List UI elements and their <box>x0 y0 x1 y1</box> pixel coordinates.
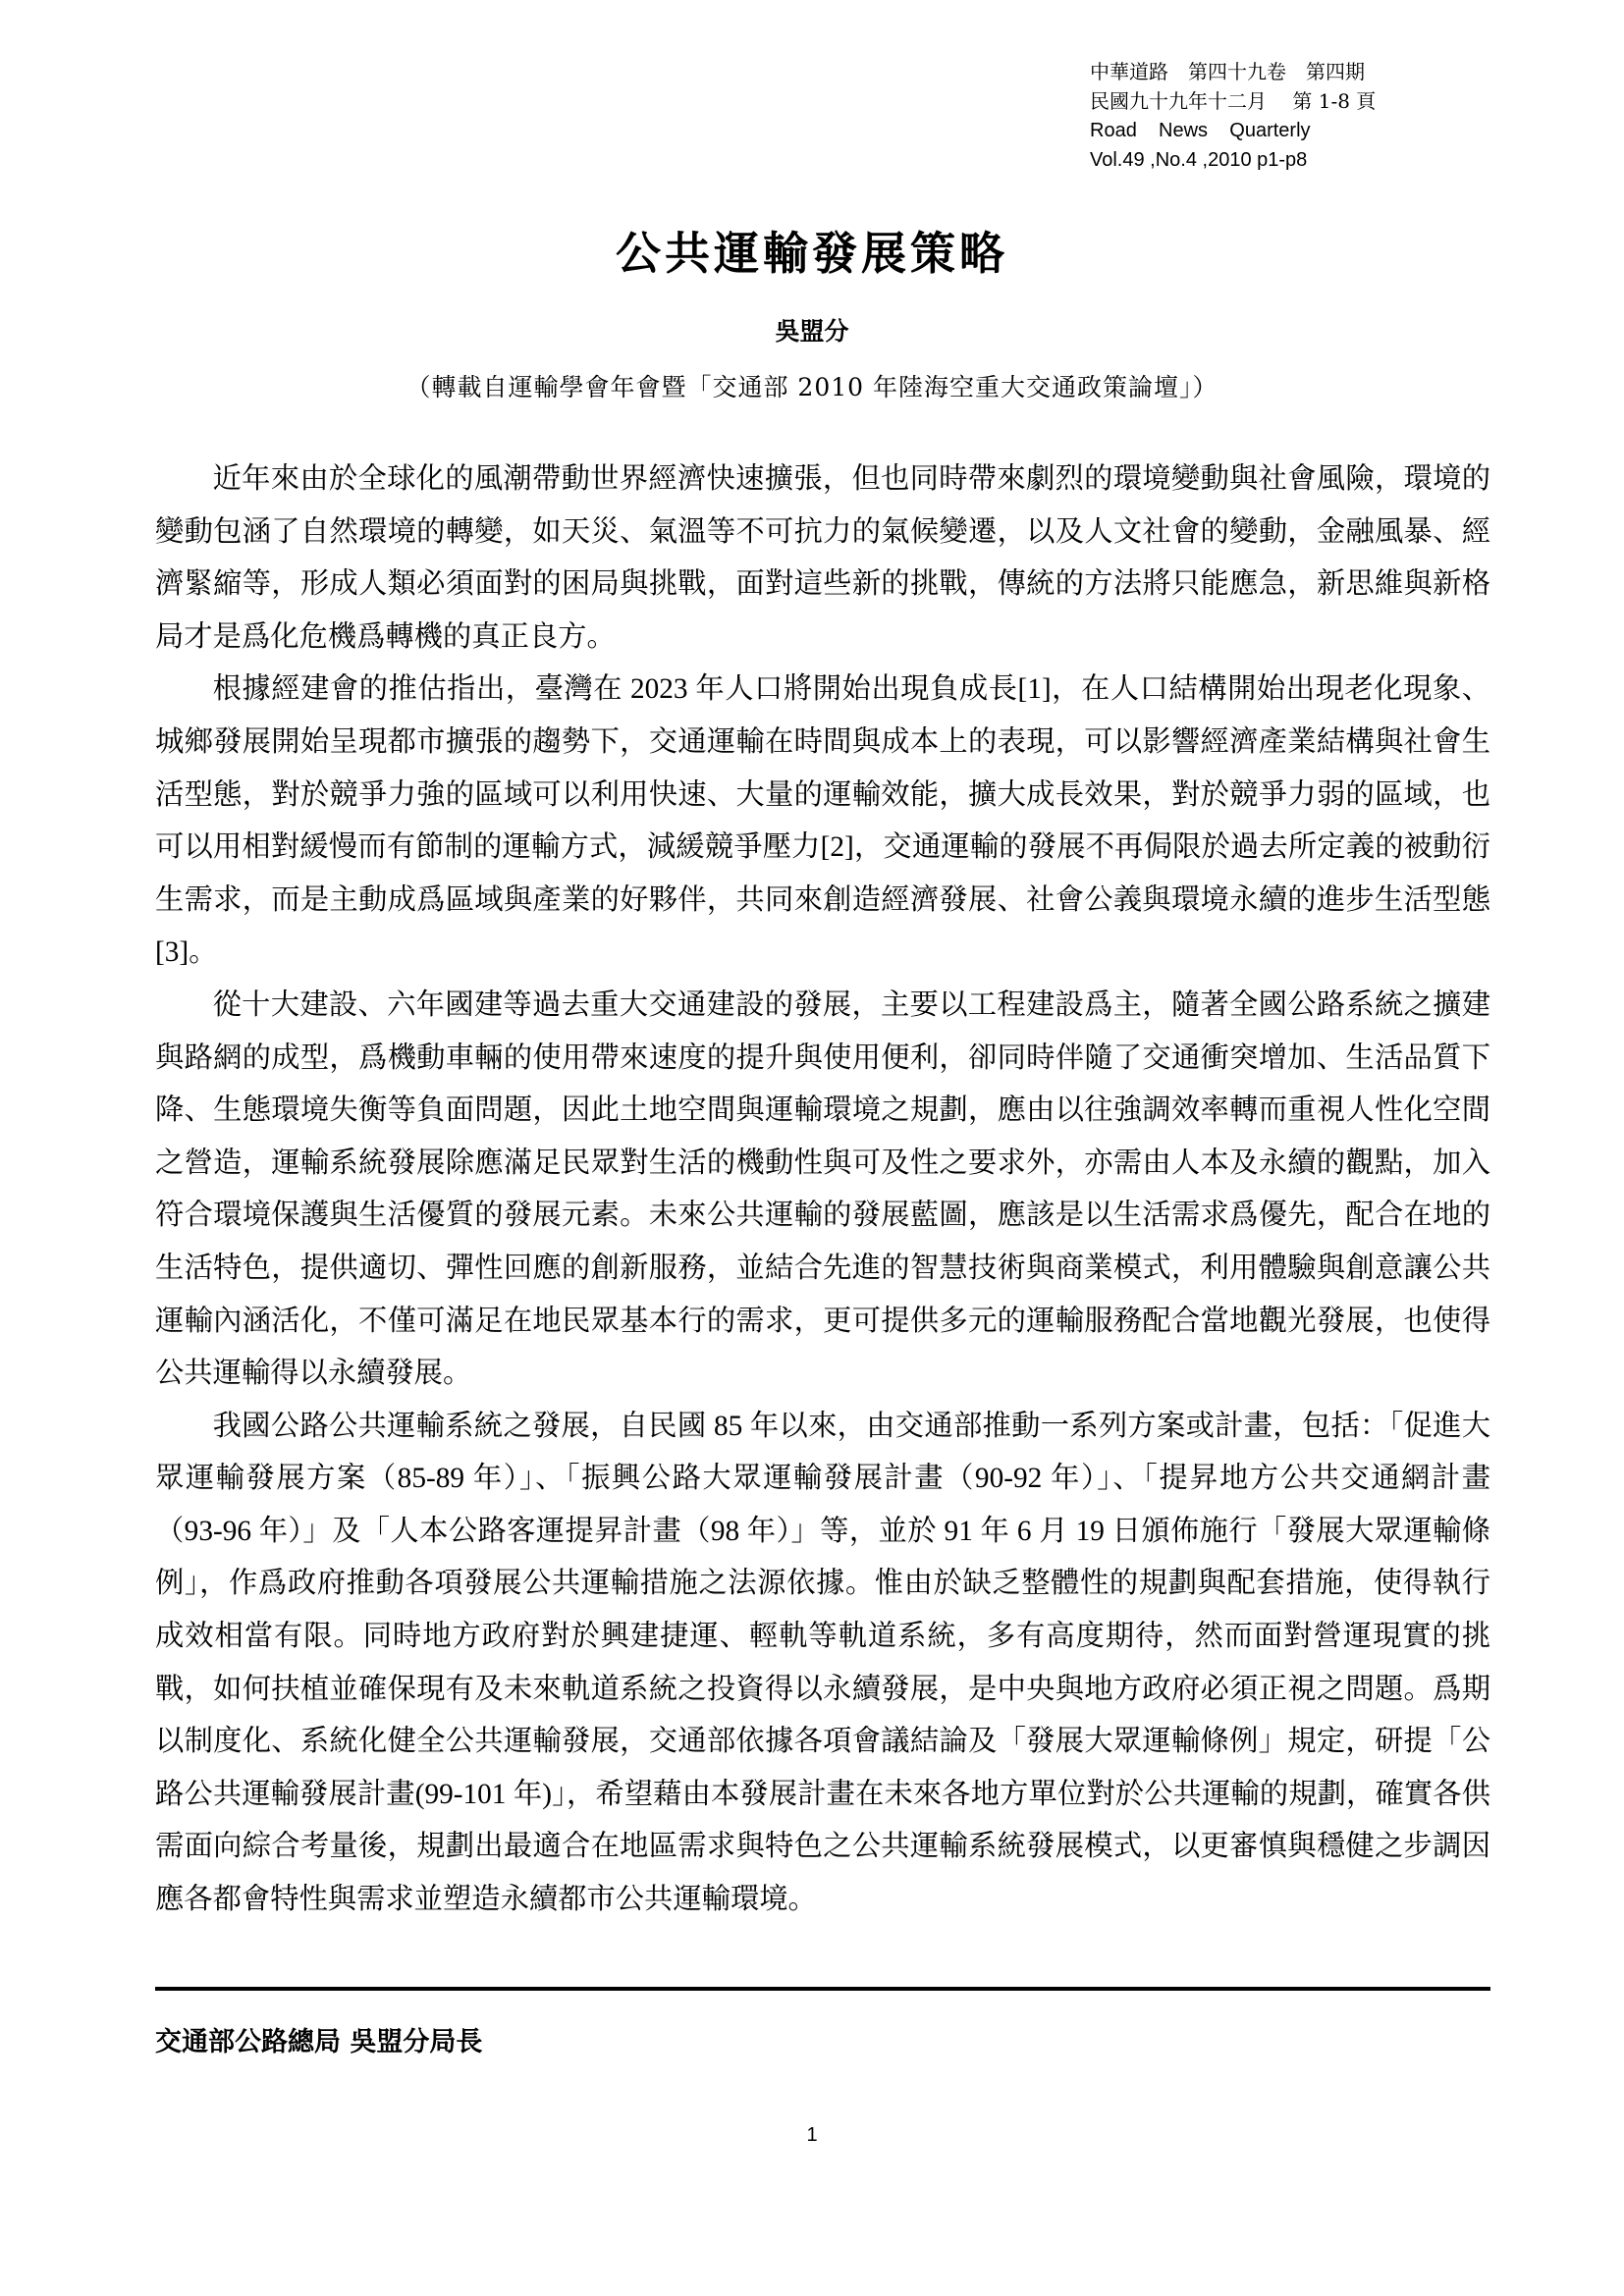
paragraph: 近年來由於全球化的風潮帶動世界經濟快速擴張，但也同時帶來劇烈的環境變動與社會風險… <box>155 454 1490 664</box>
paragraph: 從十大建設、六年國建等過去重大交通建設的發展，主要以工程建設爲主，隨著全國公路系… <box>155 980 1490 1401</box>
paragraph: 根據經建會的推估指出，臺灣在 2023 年人口將開始出現負成長[1]，在人口結構… <box>155 664 1490 980</box>
page-number: 1 <box>0 2124 1624 2147</box>
footnote-divider <box>155 1987 1490 1991</box>
journal-header-line-4: Vol.49 ,No.4 ,2010 p1-p8 <box>1090 145 1483 175</box>
journal-header-line-3: Road News Quarterly <box>1090 116 1483 145</box>
article-body: 近年來由於全球化的風潮帶動世界經濟快速擴張，但也同時帶來劇烈的環境變動與社會風險… <box>155 454 1490 1927</box>
author-affiliation-footnote: 交通部公路總局 吳盟分局長 <box>155 2020 482 2058</box>
source-note: （轉載自運輸學會年會暨「交通部 2010 年陸海空重大交通政策論壇」） <box>0 368 1624 403</box>
journal-header: 中華道路 第四十九卷 第四期 民國九十九年十二月 第 1-8 頁 Road Ne… <box>1090 57 1483 175</box>
article-author: 吳盟分 <box>0 312 1624 347</box>
journal-header-line-1: 中華道路 第四十九卷 第四期 <box>1090 57 1483 86</box>
paragraph: 我國公路公共運輸系統之發展，自民國 85 年以來，由交通部推動一系列方案或計畫，… <box>155 1401 1490 1927</box>
article-title: 公共運輸發展策略 <box>0 218 1624 283</box>
journal-header-line-2: 民國九十九年十二月 第 1-8 頁 <box>1090 86 1483 116</box>
